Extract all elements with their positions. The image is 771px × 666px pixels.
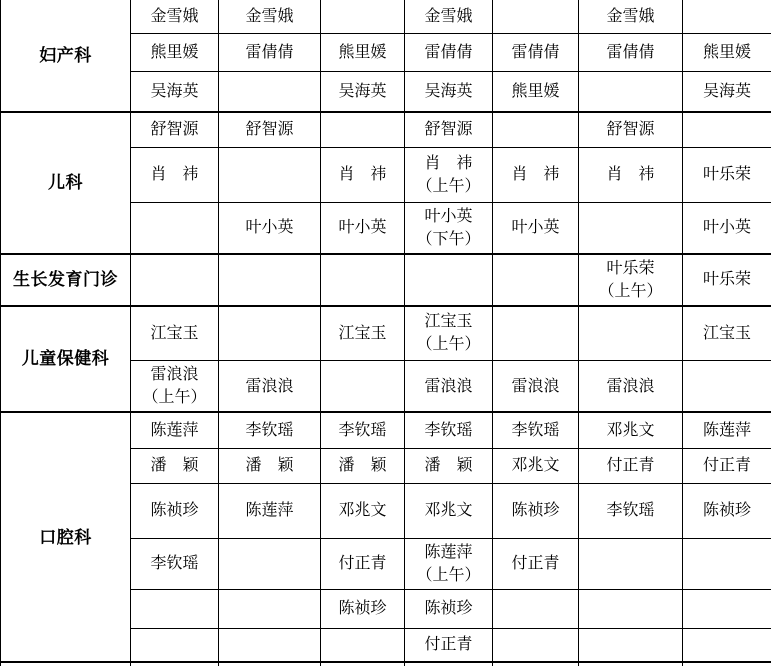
doctor-cell: 叶乐荣 （上午） (579, 254, 683, 306)
doctor-cell: 李钦瑶 (579, 483, 683, 538)
doctor-cell: 邓兆文 (493, 448, 579, 483)
empty-cell (131, 589, 219, 628)
doctor-cell: 金雪娥 (579, 0, 683, 33)
doctor-cell: 陈祯珍 (405, 589, 493, 628)
empty-cell (321, 662, 405, 666)
doctor-cell: 雷倩倩 (579, 33, 683, 71)
empty-cell (493, 112, 579, 147)
doctor-cell: 陈祯珍 (321, 589, 405, 628)
doctor-cell: 江宝玉 (683, 306, 771, 361)
doctor-cell: 叶乐荣 (683, 254, 771, 306)
department-cell: 儿童保健科 (1, 306, 131, 413)
department-cell: 妇产科 (1, 0, 131, 112)
empty-cell (321, 254, 405, 306)
doctor-cell: 肖 祎 (579, 147, 683, 202)
doctor-cell: 付正青 (493, 538, 579, 589)
doctor-cell: 熊里媛 (321, 33, 405, 71)
doctor-cell: 吴海英 (321, 71, 405, 112)
empty-cell (321, 112, 405, 147)
doctor-cell: 付正青 (405, 628, 493, 662)
doctor-cell: 叶乐荣 (683, 147, 771, 202)
doctor-cell: 叶小英 (493, 202, 579, 254)
table-row: 口腔科陈莲萍李钦瑶李钦瑶李钦瑶李钦瑶邓兆文陈莲萍 (1, 412, 771, 448)
doctor-cell: 邓兆文 (321, 483, 405, 538)
department-cell: 儿科 (1, 112, 131, 254)
empty-cell (219, 147, 321, 202)
department-cell: 口腔科 (1, 412, 131, 662)
doctor-cell: 雷浪浪 (579, 361, 683, 413)
doctor-cell: 熊里媛 (683, 33, 771, 71)
empty-cell (683, 361, 771, 413)
empty-cell (493, 589, 579, 628)
empty-cell (683, 112, 771, 147)
empty-cell (321, 361, 405, 413)
doctor-cell: 邓兆文 (405, 483, 493, 538)
doctor-cell: 潘 颖 (321, 448, 405, 483)
doctor-cell: 叶小英 (219, 202, 321, 254)
doctor-cell: 舒智源 (131, 112, 219, 147)
department-cell (1, 662, 131, 666)
schedule-body: 妇产科金雪娥金雪娥金雪娥金雪娥熊里媛雷倩倩熊里媛雷倩倩雷倩倩雷倩倩熊里媛吴海英吴… (1, 0, 771, 666)
empty-cell (219, 306, 321, 361)
empty-cell (579, 662, 683, 666)
doctor-cell: 叶小英 （下午） (405, 202, 493, 254)
doctor-cell: 陈祯珍 (683, 483, 771, 538)
doctor-cell: 陈祯珍 (131, 483, 219, 538)
empty-cell (683, 0, 771, 33)
doctor-cell: 雷浪浪 (405, 361, 493, 413)
doctor-cell: 雷倩倩 (493, 33, 579, 71)
doctor-cell: 吴海英 (683, 71, 771, 112)
empty-cell (219, 254, 321, 306)
table-row: 妇产科金雪娥金雪娥金雪娥金雪娥 (1, 0, 771, 33)
doctor-cell: 陈莲萍 (219, 483, 321, 538)
empty-cell (131, 202, 219, 254)
schedule-table: 妇产科金雪娥金雪娥金雪娥金雪娥熊里媛雷倩倩熊里媛雷倩倩雷倩倩雷倩倩熊里媛吴海英吴… (0, 0, 771, 666)
doctor-cell: 舒智源 (219, 112, 321, 147)
doctor-cell: 李钦瑶 (131, 538, 219, 589)
doctor-cell: 吴海英 (405, 71, 493, 112)
empty-cell (405, 662, 493, 666)
department-cell: 生长发育门诊 (1, 254, 131, 306)
doctor-cell: 雷倩倩 (405, 33, 493, 71)
doctor-cell: 陈祯珍 (493, 483, 579, 538)
table-row: 儿童保健科江宝玉江宝玉江宝玉 （上午）江宝玉 (1, 306, 771, 361)
doctor-cell: 雷浪浪 (493, 361, 579, 413)
doctor-cell: 李钦瑶 (321, 412, 405, 448)
doctor-cell: 肖 祎 （上午） (405, 147, 493, 202)
doctor-cell: 付正青 (579, 448, 683, 483)
empty-cell (219, 538, 321, 589)
empty-cell (219, 589, 321, 628)
empty-cell (579, 71, 683, 112)
empty-cell (219, 71, 321, 112)
doctor-cell: 潘 颖 (219, 448, 321, 483)
doctor-cell: 江宝玉 (321, 306, 405, 361)
doctor-cell: 熊里媛 (493, 71, 579, 112)
doctor-cell: 肖 祎 (493, 147, 579, 202)
empty-cell (131, 628, 219, 662)
doctor-cell: 肖 祎 (131, 147, 219, 202)
doctor-cell: 叶小英 (321, 202, 405, 254)
doctor-cell: 吴海英 (131, 71, 219, 112)
doctor-cell: 肖 祎 (321, 147, 405, 202)
doctor-cell: 李钦瑶 (493, 412, 579, 448)
empty-cell (579, 306, 683, 361)
table-row (1, 662, 771, 666)
empty-cell (493, 628, 579, 662)
doctor-cell: 江宝玉 (131, 306, 219, 361)
doctor-cell: 陈莲萍 (131, 412, 219, 448)
empty-cell (321, 628, 405, 662)
empty-cell (493, 0, 579, 33)
doctor-cell: 潘 颖 (405, 448, 493, 483)
doctor-cell: 李钦瑶 (219, 412, 321, 448)
doctor-cell: 舒智源 (405, 112, 493, 147)
doctor-cell: 金雪娥 (131, 0, 219, 33)
empty-cell (131, 662, 219, 666)
doctor-cell: 雷浪浪 （上午） (131, 361, 219, 413)
empty-cell (493, 662, 579, 666)
empty-cell (131, 254, 219, 306)
doctor-cell: 舒智源 (579, 112, 683, 147)
doctor-cell: 潘 颖 (131, 448, 219, 483)
doctor-cell: 邓兆文 (579, 412, 683, 448)
empty-cell (321, 0, 405, 33)
doctor-cell: 熊里媛 (131, 33, 219, 71)
doctor-cell: 李钦瑶 (405, 412, 493, 448)
doctor-cell: 金雪娥 (219, 0, 321, 33)
empty-cell (579, 589, 683, 628)
doctor-cell: 金雪娥 (405, 0, 493, 33)
doctor-cell: 付正青 (321, 538, 405, 589)
table-row: 生长发育门诊叶乐荣 （上午）叶乐荣 (1, 254, 771, 306)
table-row: 儿科舒智源舒智源舒智源舒智源 (1, 112, 771, 147)
empty-cell (579, 202, 683, 254)
doctor-cell: 付正青 (683, 448, 771, 483)
empty-cell (219, 628, 321, 662)
doctor-cell: 陈莲萍 (683, 412, 771, 448)
doctor-cell: 江宝玉 （上午） (405, 306, 493, 361)
empty-cell (219, 662, 321, 666)
empty-cell (683, 628, 771, 662)
empty-cell (493, 306, 579, 361)
doctor-cell: 陈莲萍 （上午） (405, 538, 493, 589)
empty-cell (579, 628, 683, 662)
empty-cell (683, 589, 771, 628)
empty-cell (683, 538, 771, 589)
doctor-cell: 雷浪浪 (219, 361, 321, 413)
empty-cell (405, 254, 493, 306)
doctor-cell: 雷倩倩 (219, 33, 321, 71)
doctor-cell: 叶小英 (683, 202, 771, 254)
empty-cell (683, 662, 771, 666)
empty-cell (493, 254, 579, 306)
empty-cell (579, 538, 683, 589)
